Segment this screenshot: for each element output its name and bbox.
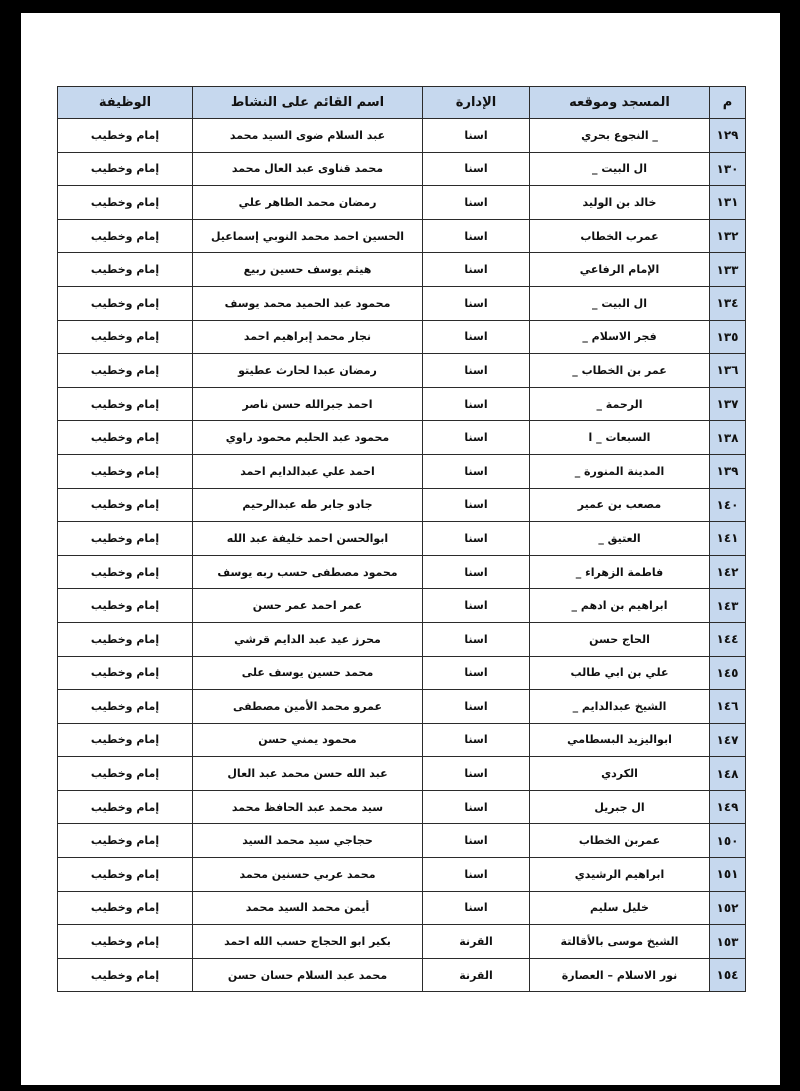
cell-num: ١٤٣ (710, 589, 746, 623)
header-admin: الإدارة (423, 87, 530, 119)
cell-mosque: ابواليزيد البسطامي (530, 723, 710, 757)
cell-role: إمام وخطيب (58, 622, 193, 656)
table-row: ١٣٩المدينة المنورة _اسنااحمد علي عبدالدا… (58, 454, 746, 488)
table-row: ١٢٩_ النجوع بحرياسناعبد السلام ضوى السيد… (58, 119, 746, 153)
cell-num: ١٤٧ (710, 723, 746, 757)
cell-num: ١٤١ (710, 522, 746, 556)
cell-mosque: ال جبريل (530, 790, 710, 824)
cell-name: محمود عبد الحميد محمد يوسف (193, 286, 423, 320)
cell-num: ١٥٠ (710, 824, 746, 858)
cell-role: إمام وخطيب (58, 454, 193, 488)
table-header-row: م المسجد وموقعه الإدارة اسم القائم على ا… (58, 87, 746, 119)
cell-role: إمام وخطيب (58, 858, 193, 892)
cell-role: إمام وخطيب (58, 354, 193, 388)
header-role: الوظيفة (58, 87, 193, 119)
cell-name: محمد عبد السلام حسان حسن (193, 958, 423, 992)
table-row: ١٤٨الكردياسناعبد الله حسن محمد عبد العال… (58, 757, 746, 791)
cell-admin: اسنا (423, 387, 530, 421)
cell-num: ١٢٩ (710, 119, 746, 153)
cell-mosque: خليل سليم (530, 891, 710, 925)
cell-name: سيد محمد عبد الحافظ محمد (193, 790, 423, 824)
cell-num: ١٤٤ (710, 622, 746, 656)
cell-num: ١٣٢ (710, 219, 746, 253)
cell-num: ١٣٤ (710, 286, 746, 320)
cell-mosque: نور الاسلام – العصارة (530, 958, 710, 992)
table-row: ١٣٥فجر الاسلام _اسنانجار محمد إبراهيم اح… (58, 320, 746, 354)
cell-num: ١٣٩ (710, 454, 746, 488)
cell-num: ١٤٥ (710, 656, 746, 690)
cell-mosque: فجر الاسلام _ (530, 320, 710, 354)
table-row: ١٤٩ال جبريلاسناسيد محمد عبد الحافظ محمدإ… (58, 790, 746, 824)
cell-num: ١٣٣ (710, 253, 746, 287)
cell-name: محمود عبد الحليم محمود راوي (193, 421, 423, 455)
cell-mosque: خالد بن الوليد (530, 186, 710, 220)
cell-admin: اسنا (423, 589, 530, 623)
cell-role: إمام وخطيب (58, 958, 193, 992)
mosque-roster-table: م المسجد وموقعه الإدارة اسم القائم على ا… (57, 86, 746, 992)
table-row: ١٤٥علي بن ابي طالباسنامحمد حسين يوسف على… (58, 656, 746, 690)
cell-admin: اسنا (423, 522, 530, 556)
cell-mosque: ابراهيم الرشيدي (530, 858, 710, 892)
cell-role: إمام وخطيب (58, 723, 193, 757)
cell-role: إمام وخطيب (58, 656, 193, 690)
cell-name: عمرو محمد الأمين مصطفى (193, 690, 423, 724)
cell-name: محمود يمني حسن (193, 723, 423, 757)
cell-name: عبد الله حسن محمد عبد العال (193, 757, 423, 791)
cell-name: حجاجي سيد محمد السيد (193, 824, 423, 858)
cell-admin: اسنا (423, 354, 530, 388)
cell-name: جادو جابر طه عبدالرحيم (193, 488, 423, 522)
table-row: ١٤١العتيق _اسناابوالحسن احمد خليفة عبد ا… (58, 522, 746, 556)
cell-mosque: العتيق _ (530, 522, 710, 556)
cell-admin: اسنا (423, 454, 530, 488)
cell-num: ١٥٣ (710, 925, 746, 959)
cell-name: هيثم يوسف حسين ربيع (193, 253, 423, 287)
table-row: ١٣٤ال البيت _اسنامحمود عبد الحميد محمد ي… (58, 286, 746, 320)
table-row: ١٤٠مصعب بن عميراسناجادو جابر طه عبدالرحي… (58, 488, 746, 522)
cell-admin: اسنا (423, 421, 530, 455)
cell-mosque: علي بن ابي طالب (530, 656, 710, 690)
cell-mosque: الكردي (530, 757, 710, 791)
cell-mosque: السبعات _ ا (530, 421, 710, 455)
cell-num: ١٤٢ (710, 555, 746, 589)
table-row: ١٣٠ال البيت _اسنامحمد قناوى عبد العال مح… (58, 152, 746, 186)
cell-num: ١٣١ (710, 186, 746, 220)
cell-role: إمام وخطيب (58, 152, 193, 186)
cell-name: أيمن محمد السيد محمد (193, 891, 423, 925)
cell-num: ١٤٨ (710, 757, 746, 791)
table-row: ١٤٢فاطمة الزهراء _اسنامحمود مصطفى حسب رب… (58, 555, 746, 589)
cell-name: رمضان عبدا لحارث عطيتو (193, 354, 423, 388)
table-row: ١٥٤نور الاسلام – العصارةالقرنةمحمد عبد ا… (58, 958, 746, 992)
cell-admin: اسنا (423, 119, 530, 153)
cell-name: محرز عيد عبد الدايم قرشي (193, 622, 423, 656)
cell-mosque: ال البيت _ (530, 152, 710, 186)
cell-admin: القرنة (423, 925, 530, 959)
cell-admin: اسنا (423, 186, 530, 220)
cell-mosque: المدينة المنورة _ (530, 454, 710, 488)
cell-num: ١٤٠ (710, 488, 746, 522)
header-name: اسم القائم على النشاط (193, 87, 423, 119)
cell-admin: اسنا (423, 891, 530, 925)
table-row: ١٣٢عمرب الخطاباسناالحسين احمد محمد النوب… (58, 219, 746, 253)
document-page: م المسجد وموقعه الإدارة اسم القائم على ا… (21, 13, 780, 1085)
table-row: ١٤٦الشيخ عبدالدايم _اسناعمرو محمد الأمين… (58, 690, 746, 724)
cell-num: ١٣٥ (710, 320, 746, 354)
cell-name: عمر احمد عمر حسن (193, 589, 423, 623)
cell-admin: اسنا (423, 286, 530, 320)
cell-admin: اسنا (423, 858, 530, 892)
cell-mosque: الإمام الرفاعي (530, 253, 710, 287)
cell-role: إمام وخطيب (58, 186, 193, 220)
cell-admin: اسنا (423, 757, 530, 791)
cell-name: رمضان محمد الطاهر علي (193, 186, 423, 220)
cell-role: إمام وخطيب (58, 421, 193, 455)
cell-mosque: ابراهيم بن ادهم _ (530, 589, 710, 623)
cell-mosque: عمر بن الخطاب _ (530, 354, 710, 388)
cell-num: ١٤٦ (710, 690, 746, 724)
cell-admin: اسنا (423, 824, 530, 858)
cell-mosque: الحاج حسن (530, 622, 710, 656)
cell-role: إمام وخطيب (58, 387, 193, 421)
cell-role: إمام وخطيب (58, 219, 193, 253)
cell-mosque: فاطمة الزهراء _ (530, 555, 710, 589)
table-row: ١٥٢خليل سليماسناأيمن محمد السيد محمدإمام… (58, 891, 746, 925)
cell-role: إمام وخطيب (58, 891, 193, 925)
cell-mosque: الرحمة _ (530, 387, 710, 421)
table-row: ١٣٣الإمام الرفاعياسناهيثم يوسف حسين ربيع… (58, 253, 746, 287)
table-row: ١٤٤الحاج حسناسنامحرز عيد عبد الدايم قرشي… (58, 622, 746, 656)
cell-name: ابوالحسن احمد خليفة عبد الله (193, 522, 423, 556)
table-row: ١٣٧الرحمة _اسنااحمد جبرالله حسن ناصرإمام… (58, 387, 746, 421)
header-mosque: المسجد وموقعه (530, 87, 710, 119)
table-row: ١٤٣ابراهيم بن ادهم _اسناعمر احمد عمر حسن… (58, 589, 746, 623)
cell-num: ١٣٨ (710, 421, 746, 455)
cell-role: إمام وخطيب (58, 488, 193, 522)
cell-name: عبد السلام ضوى السيد محمد (193, 119, 423, 153)
header-num: م (710, 87, 746, 119)
cell-admin: اسنا (423, 253, 530, 287)
cell-role: إمام وخطيب (58, 253, 193, 287)
cell-role: إمام وخطيب (58, 589, 193, 623)
table-row: ١٣٦عمر بن الخطاب _اسنارمضان عبدا لحارث ع… (58, 354, 746, 388)
cell-num: ١٤٩ (710, 790, 746, 824)
cell-role: إمام وخطيب (58, 790, 193, 824)
cell-admin: اسنا (423, 152, 530, 186)
cell-name: محمود مصطفى حسب ربه يوسف (193, 555, 423, 589)
cell-mosque: ال البيت _ (530, 286, 710, 320)
cell-mosque: _ النجوع بحري (530, 119, 710, 153)
cell-name: محمد عربي حسنين محمد (193, 858, 423, 892)
cell-mosque: عمرب الخطاب (530, 219, 710, 253)
cell-mosque: الشيخ موسى بالأقالتة (530, 925, 710, 959)
table-row: ١٥١ابراهيم الرشيدياسنامحمد عربي حسنين مح… (58, 858, 746, 892)
cell-role: إمام وخطيب (58, 690, 193, 724)
cell-name: محمد حسين يوسف على (193, 656, 423, 690)
cell-num: ١٣٦ (710, 354, 746, 388)
table-row: ١٥٠عمربن الخطاباسناحجاجي سيد محمد السيدإ… (58, 824, 746, 858)
cell-name: محمد قناوى عبد العال محمد (193, 152, 423, 186)
table-row: ١٣١خالد بن الوليداسنارمضان محمد الطاهر ع… (58, 186, 746, 220)
cell-admin: اسنا (423, 219, 530, 253)
table-row: ١٣٨السبعات _ ااسنامحمود عبد الحليم محمود… (58, 421, 746, 455)
cell-admin: اسنا (423, 622, 530, 656)
cell-role: إمام وخطيب (58, 555, 193, 589)
cell-num: ١٥١ (710, 858, 746, 892)
cell-role: إمام وخطيب (58, 925, 193, 959)
cell-role: إمام وخطيب (58, 286, 193, 320)
cell-admin: اسنا (423, 320, 530, 354)
cell-num: ١٥٢ (710, 891, 746, 925)
cell-role: إمام وخطيب (58, 522, 193, 556)
cell-name: احمد علي عبدالدايم احمد (193, 454, 423, 488)
cell-name: بكير ابو الحجاج حسب الله احمد (193, 925, 423, 959)
cell-admin: اسنا (423, 723, 530, 757)
cell-mosque: عمربن الخطاب (530, 824, 710, 858)
cell-admin: اسنا (423, 690, 530, 724)
table-row: ١٥٣الشيخ موسى بالأقالتةالقرنةبكير ابو ال… (58, 925, 746, 959)
cell-num: ١٥٤ (710, 958, 746, 992)
cell-role: إمام وخطيب (58, 757, 193, 791)
cell-admin: القرنة (423, 958, 530, 992)
cell-role: إمام وخطيب (58, 824, 193, 858)
cell-admin: اسنا (423, 488, 530, 522)
cell-mosque: الشيخ عبدالدايم _ (530, 690, 710, 724)
cell-admin: اسنا (423, 790, 530, 824)
cell-admin: اسنا (423, 555, 530, 589)
cell-mosque: مصعب بن عمير (530, 488, 710, 522)
cell-name: الحسين احمد محمد النوبي إسماعيل (193, 219, 423, 253)
table-row: ١٤٧ابواليزيد البسطامياسنامحمود يمني حسنإ… (58, 723, 746, 757)
cell-num: ١٣٧ (710, 387, 746, 421)
cell-admin: اسنا (423, 656, 530, 690)
cell-role: إمام وخطيب (58, 320, 193, 354)
cell-num: ١٣٠ (710, 152, 746, 186)
cell-name: احمد جبرالله حسن ناصر (193, 387, 423, 421)
cell-name: نجار محمد إبراهيم احمد (193, 320, 423, 354)
cell-role: إمام وخطيب (58, 119, 193, 153)
